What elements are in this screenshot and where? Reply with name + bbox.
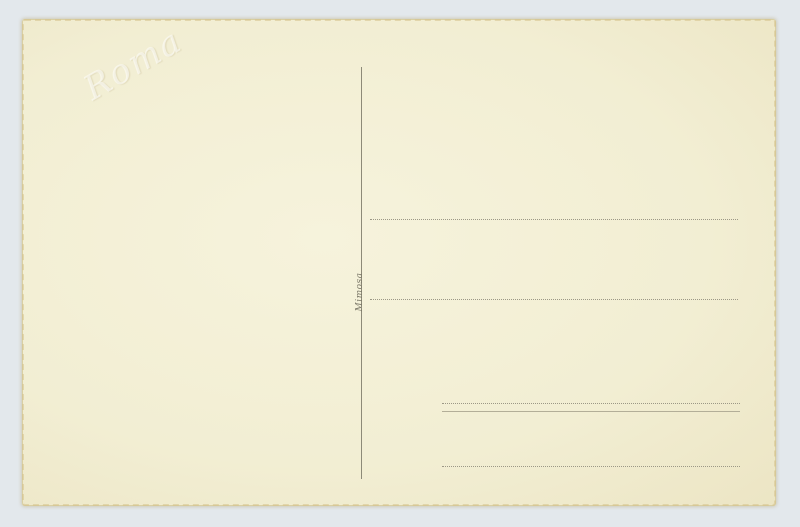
address-underline [442,411,740,412]
address-line-4 [442,466,740,467]
postcard-back: Roma Mimosa [22,19,776,506]
address-line-1 [370,219,738,220]
brand-label: Mimosa [355,272,365,312]
address-line-2 [370,299,738,300]
embossed-text: Roma [77,21,189,109]
address-line-3 [442,403,740,404]
